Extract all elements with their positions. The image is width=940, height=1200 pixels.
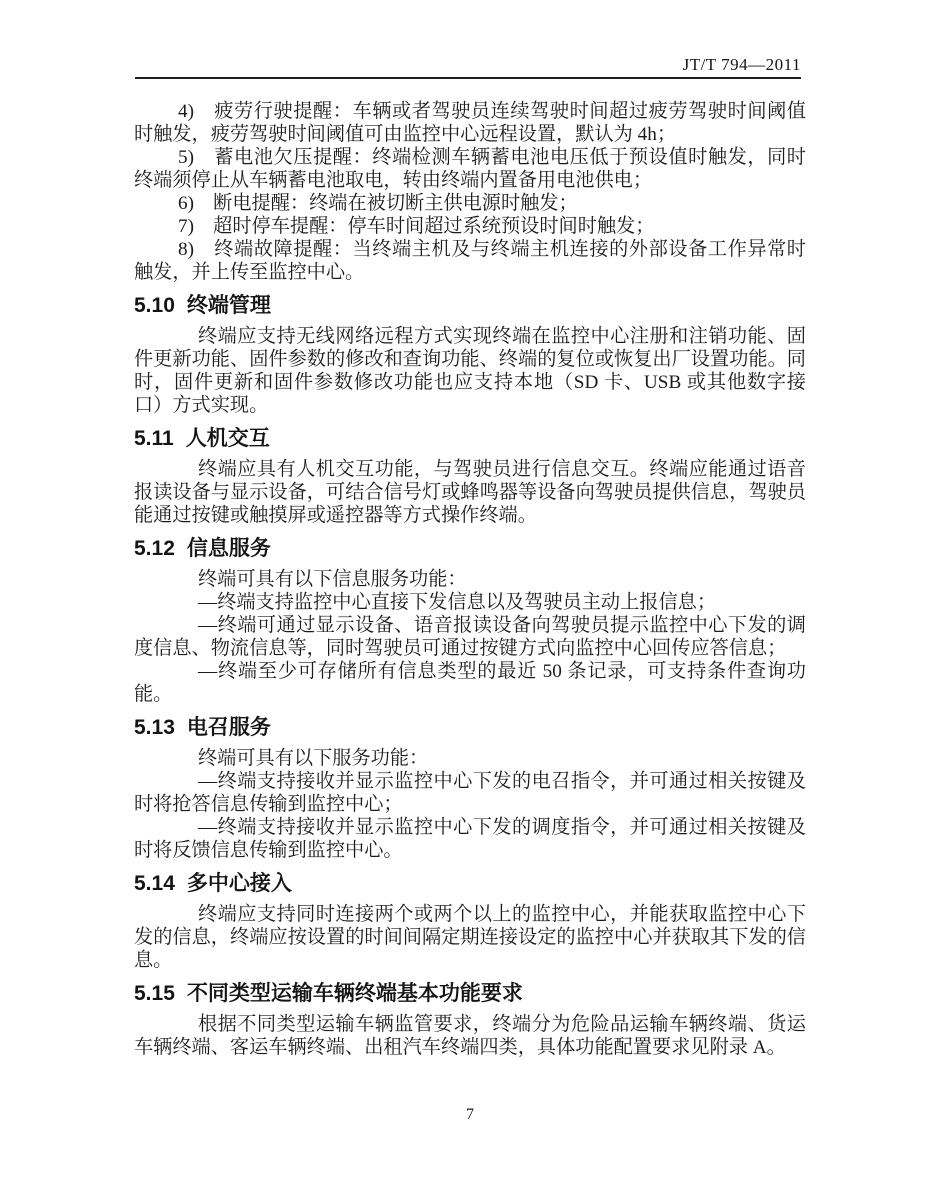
section-number: 5.15 (134, 982, 175, 1005)
section-title: 终端管理 (187, 294, 271, 317)
section-heading-5-10: 5.10终端管理 (134, 293, 806, 318)
header-rule (135, 77, 801, 79)
section-number: 5.12 (134, 537, 175, 560)
section-heading-5-15: 5.15不同类型运输车辆终端基本功能要求 (134, 981, 806, 1006)
alert-list-item-8: 8) 终端故障提醒：当终端主机及与终端主机连接的外部设备工作异常时触发，并上传至… (134, 238, 806, 284)
section-paragraph: 终端可具有以下信息服务功能： (134, 568, 806, 591)
alert-list-item-6: 6) 断电提醒：终端在被切断主供电源时触发； (134, 192, 806, 215)
section-paragraph: 终端应支持无线网络远程方式实现终端在监控中心注册和注销功能、固件更新功能、固件参… (134, 325, 806, 417)
dash-list-item: —终端支持接收并显示监控中心下发的调度指令，并可通过相关按键及时将反馈信息传输到… (134, 816, 806, 862)
dash-list-item: —终端可通过显示设备、语音报读设备向驾驶员提示监控中心下发的调度信息、物流信息等… (134, 614, 806, 660)
section-5-11: 5.11人机交互 终端应具有人机交互功能，与驾驶员进行信息交互。终端应能通过语音… (134, 426, 806, 527)
dash-list-item: —终端支持监控中心直接下发信息以及驾驶员主动上报信息； (134, 591, 806, 614)
section-title: 电召服务 (187, 716, 271, 739)
document-page: JT/T 794—2011 4) 疲劳行驶提醒：车辆或者驾驶员连续驾驶时间超过疲… (0, 0, 940, 1200)
section-5-10: 5.10终端管理 终端应支持无线网络远程方式实现终端在监控中心注册和注销功能、固… (134, 293, 806, 417)
section-paragraph: 根据不同类型运输车辆监管要求，终端分为危险品运输车辆终端、货运车辆终端、客运车辆… (134, 1013, 806, 1059)
section-5-13: 5.13电召服务 终端可具有以下服务功能： —终端支持接收并显示监控中心下发的电… (134, 715, 806, 862)
section-title: 信息服务 (187, 537, 271, 560)
running-header: JT/T 794—2011 (135, 55, 801, 75)
page-number: 7 (0, 1106, 940, 1124)
section-number: 5.11 (134, 427, 174, 450)
section-number: 5.14 (134, 872, 175, 895)
section-heading-5-11: 5.11人机交互 (134, 426, 806, 451)
section-5-14: 5.14多中心接入 终端应支持同时连接两个或两个以上的监控中心，并能获取监控中心… (134, 871, 806, 972)
dash-list-item: —终端支持接收并显示监控中心下发的电召指令，并可通过相关按键及时将抢答信息传输到… (134, 770, 806, 816)
section-number: 5.10 (134, 294, 175, 317)
section-title: 多中心接入 (187, 872, 292, 895)
section-paragraph: 终端应具有人机交互功能，与驾驶员进行信息交互。终端应能通过语音报读设备与显示设备… (134, 458, 806, 527)
section-5-15: 5.15不同类型运输车辆终端基本功能要求 根据不同类型运输车辆监管要求，终端分为… (134, 981, 806, 1059)
section-number: 5.13 (134, 716, 175, 739)
standard-code: JT/T 794—2011 (683, 55, 801, 74)
dash-list-item: —终端至少可存储所有信息类型的最近 50 条记录，可支持条件查询功能。 (134, 660, 806, 706)
section-paragraph: 终端可具有以下服务功能： (134, 747, 806, 770)
section-title: 不同类型运输车辆终端基本功能要求 (187, 982, 523, 1005)
section-heading-5-12: 5.12信息服务 (134, 536, 806, 561)
alert-list-item-4: 4) 疲劳行驶提醒：车辆或者驾驶员连续驾驶时间超过疲劳驾驶时间阈值时触发，疲劳驾… (134, 100, 806, 146)
section-5-12: 5.12信息服务 终端可具有以下信息服务功能： —终端支持监控中心直接下发信息以… (134, 536, 806, 706)
alert-list-item-7: 7) 超时停车提醒：停车时间超过系统预设时间时触发； (134, 215, 806, 238)
alert-list-item-5: 5) 蓄电池欠压提醒：终端检测车辆蓄电池电压低于预设值时触发，同时终端须停止从车… (134, 146, 806, 192)
document-content: 4) 疲劳行驶提醒：车辆或者驾驶员连续驾驶时间超过疲劳驾驶时间阈值时触发，疲劳驾… (134, 100, 806, 1059)
section-heading-5-13: 5.13电召服务 (134, 715, 806, 740)
section-paragraph: 终端应支持同时连接两个或两个以上的监控中心，并能获取监控中心下发的信息，终端应按… (134, 903, 806, 972)
section-heading-5-14: 5.14多中心接入 (134, 871, 806, 896)
section-title: 人机交互 (186, 427, 270, 450)
